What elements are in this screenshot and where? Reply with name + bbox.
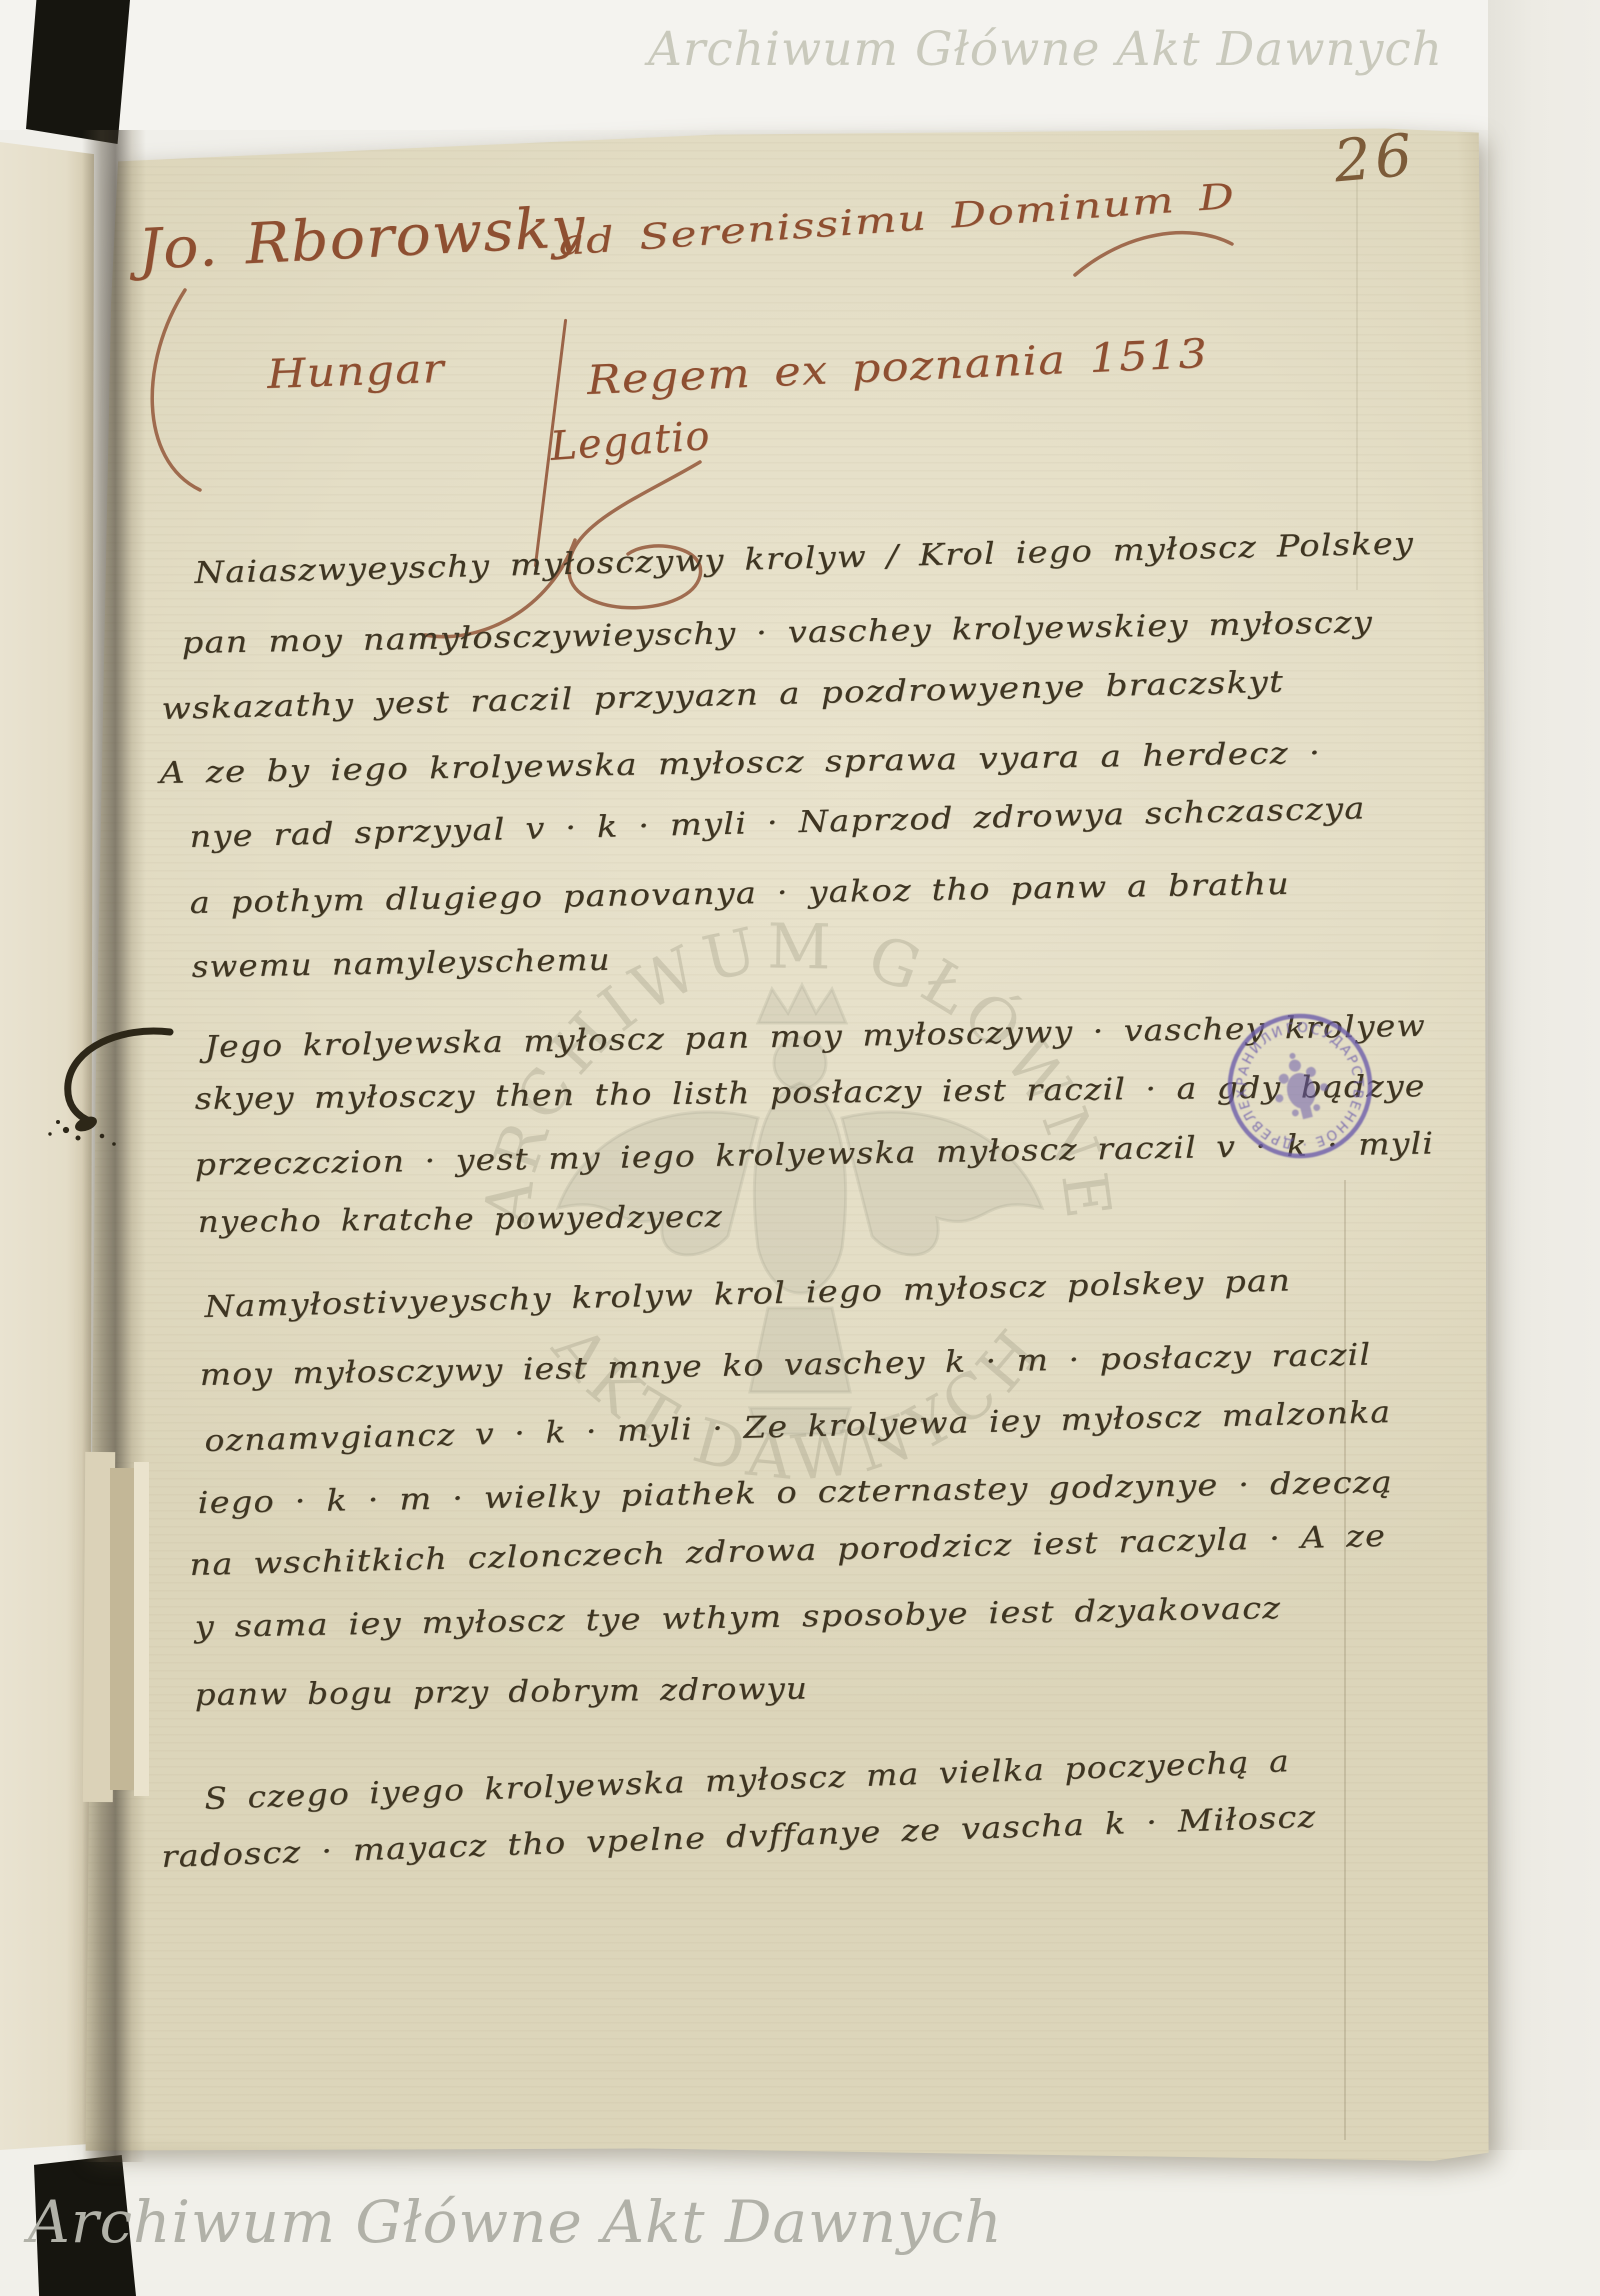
stamp-eagle-emblem-icon xyxy=(1266,1046,1335,1124)
archive-watermark-bottom: Archiwum Główne Akt Dawnych xyxy=(28,2188,1003,2256)
address-swash-flourish xyxy=(1075,233,1232,275)
initial-descender-flourish xyxy=(152,290,200,490)
round-archive-stamp: ГОСУДАРСТВЕННОЕ · ДРЕВЛЕХРАНИЛИЩЕ · xyxy=(1213,999,1387,1173)
background-right-band xyxy=(1488,0,1600,2296)
archive-watermark-top: Archiwum Główne Akt Dawnych xyxy=(648,22,1443,77)
repair-patch xyxy=(134,1462,149,1796)
manuscript-scan-page: ARCHIWUM GŁÓWNE AKT DAWNYCH Archiwum Głó… xyxy=(0,0,1600,2296)
manuscript-line: panw bogu przy dobrym zdrowyu xyxy=(195,1672,809,1713)
page-crease xyxy=(1344,1180,1346,2140)
manuscript-line: swemu namyleyschemu xyxy=(191,943,611,985)
legatio-loop-flourish xyxy=(569,462,701,608)
margin-ink-blot xyxy=(20,1000,200,1180)
manuscript-line: nyecho kratche powyedzyecz xyxy=(198,1200,723,1240)
